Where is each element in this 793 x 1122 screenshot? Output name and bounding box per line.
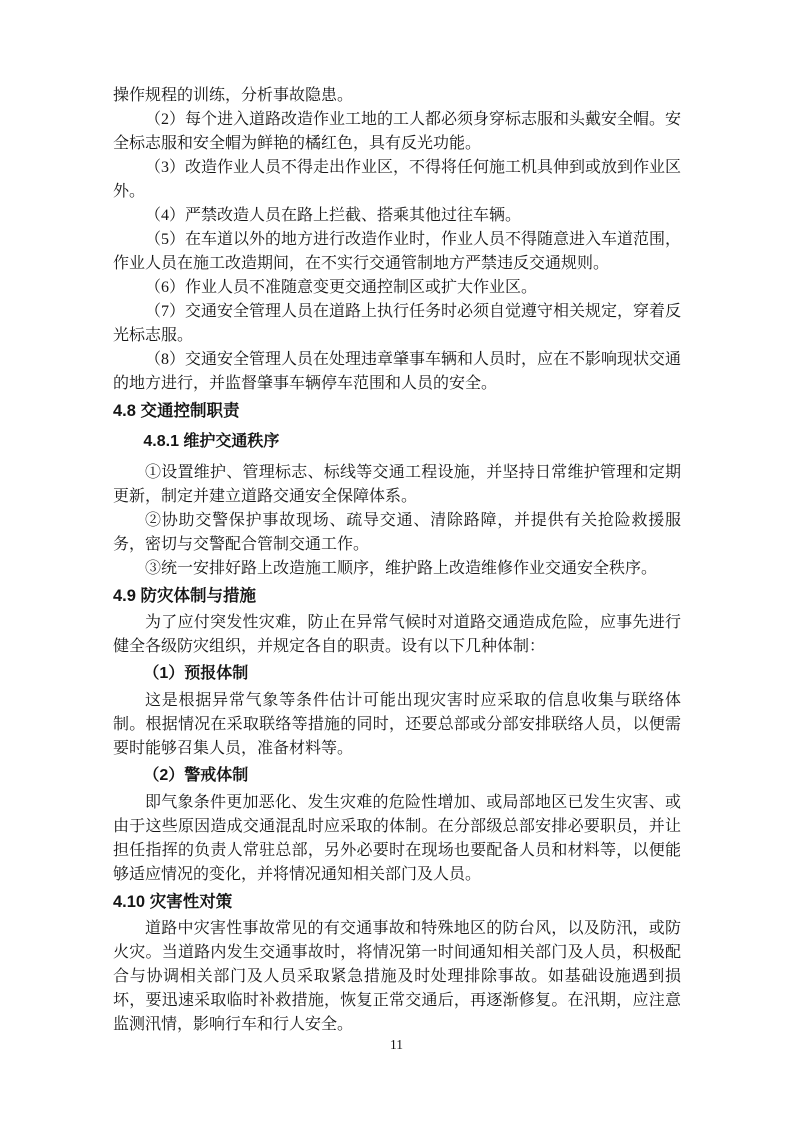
paragraph-alert-system: 即气象条件更加恶化、发生灾难的危险性增加、或局部地区已发生灾害、或由于这些原因造… (113, 791, 681, 887)
paragraph-4-10-body: 道路中灾害性事故常见的有交通事故和特殊地区的防台风，以及防汛，或防火灾。当道路内… (113, 917, 681, 1037)
paragraph-item-5: （5）在车道以外的地方进行改造作业时，作业人员不得随意进入车道范围，作业人员在施… (113, 228, 681, 276)
item-heading-forecast-system: （1）预报体制 (113, 662, 681, 686)
section-heading-4-8: 4.8 交通控制职责 (113, 399, 681, 423)
paragraph-circled-3: ③统一安排好路上改造施工顺序，维护路上改造维修作业交通安全秩序。 (113, 557, 681, 581)
paragraph-item-2: （2）每个进入道路改造作业工地的工人都必须身穿标志服和头戴安全帽。安全标志服和安… (113, 108, 681, 156)
section-heading-4-9: 4.9 防灾体制与措施 (113, 584, 681, 608)
paragraph-circled-2: ②协助交警保护事故现场、疏导交通、清除路障，并提供有关抢险救援服务，密切与交警配… (113, 509, 681, 557)
paragraph-forecast-system: 这是根据异常气象等条件估计可能出现灾害时应采取的信息收集与联络体制。根据情况在采… (113, 689, 681, 761)
page-number: 11 (0, 1036, 793, 1054)
paragraph-item-4: （4）严禁改造人员在路上拦截、搭乘其他过往车辆。 (113, 204, 681, 228)
section-heading-4-10: 4.10 灾害性对策 (113, 890, 681, 914)
document-body: 操作规程的训练，分析事故隐患。 （2）每个进入道路改造作业工地的工人都必须身穿标… (113, 84, 681, 1037)
document-page: 操作规程的训练，分析事故隐患。 （2）每个进入道路改造作业工地的工人都必须身穿标… (0, 0, 793, 1122)
paragraph-item-6: （6）作业人员不准随意变更交通控制区或扩大作业区。 (113, 276, 681, 300)
subsection-heading-4-8-1: 4.8.1 维护交通秩序 (113, 430, 681, 454)
paragraph-continuation: 操作规程的训练，分析事故隐患。 (113, 84, 681, 108)
paragraph-item-8: （8）交通安全管理人员在处理违章肇事车辆和人员时，应在不影响现状交通的地方进行，… (113, 348, 681, 396)
paragraph-4-9-intro: 为了应付突发性灾难，防止在异常气候时对道路交通造成危险，应事先进行健全各级防灾组… (113, 611, 681, 659)
paragraph-circled-1: ①设置维护、管理标志、标线等交通工程设施，并坚持日常维护管理和定期更新，制定并建… (113, 461, 681, 509)
paragraph-item-3: （3）改造作业人员不得走出作业区，不得将任何施工机具伸到或放到作业区外。 (113, 156, 681, 204)
item-heading-alert-system: （2）警戒体制 (113, 764, 681, 788)
paragraph-item-7: （7）交通安全管理人员在道路上执行任务时必须自觉遵守相关规定，穿着反光标志服。 (113, 300, 681, 348)
